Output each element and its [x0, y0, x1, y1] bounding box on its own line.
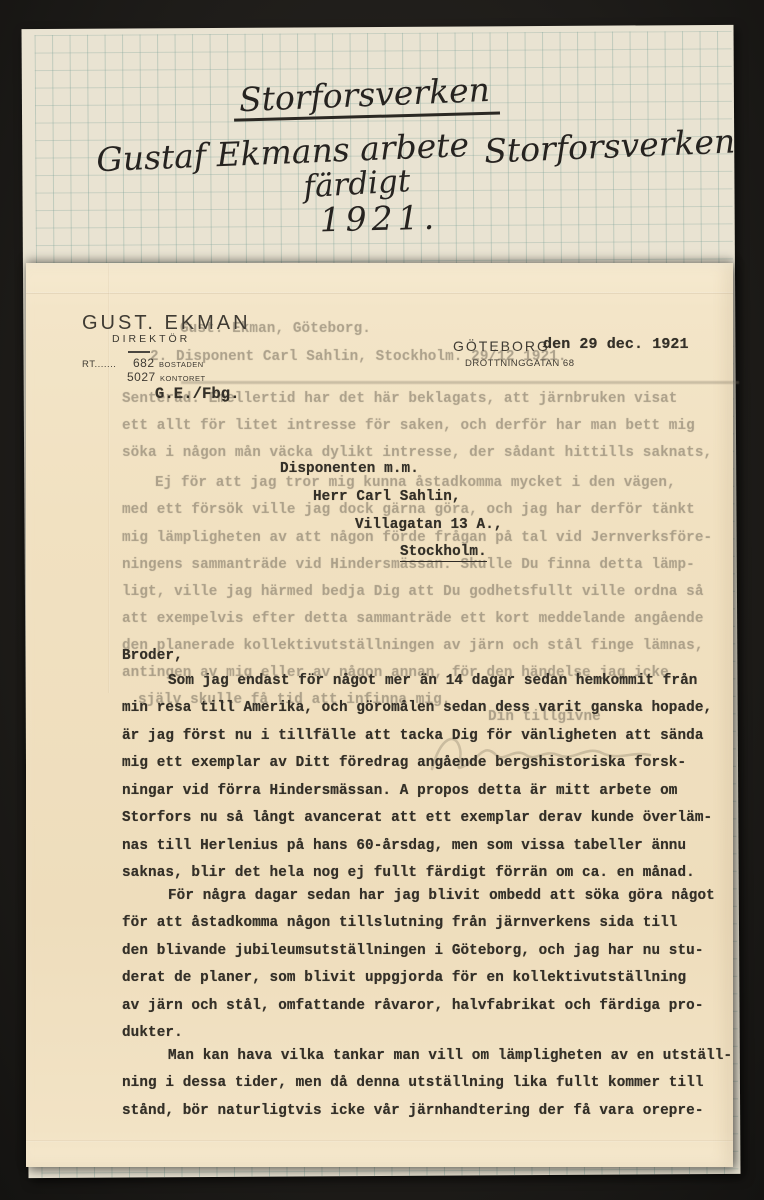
body-paragraph-3: Man kan hava vilka tankar man vill om lä… — [122, 1043, 732, 1125]
ghost-line: den planerade kollektivutställningen av … — [122, 638, 704, 654]
fold-crease-bottom — [26, 1140, 733, 1142]
letterhead-phone2: 5027 — [127, 370, 156, 384]
recipient-line: Stockholm. — [400, 544, 487, 560]
recipient-line: Villagatan 13 A., — [355, 517, 503, 533]
letterhead-city: GÖTEBORG — [453, 338, 550, 354]
letterhead-phone2-label: KONTORET — [160, 374, 206, 383]
letter-date: den 29 dec. 1921 — [543, 336, 689, 353]
body-paragraph-1: Som jag endast för något mer än 14 dagar… — [122, 668, 712, 888]
letterhead-rule — [128, 351, 150, 353]
ghost-line: ett allt för litet intresse för saken, o… — [122, 418, 695, 434]
letterhead-role: DIREKTÖR — [112, 333, 190, 345]
fold-crease-top — [26, 292, 733, 294]
letterhead-phone-prefix: RT....... — [82, 359, 116, 370]
letterhead-street: DROTTNINGGATAN 68 — [465, 358, 575, 369]
ghost-line: att exempelvis efter detta sammanträde e… — [122, 611, 704, 627]
body-paragraph-2: För några dagar sedan har jag blivit omb… — [122, 883, 715, 1048]
ghost-line: ligt, ville jag härmed bedja Dig att Du … — [122, 584, 704, 600]
recipient-city: Stockholm. — [400, 544, 487, 562]
card-year: 1921. — [319, 198, 439, 240]
ghost-line: söka i någon mån väcka dylikt intresse, … — [122, 445, 712, 461]
letterhead-phone1: 682 — [133, 356, 155, 370]
salutation: Broder, — [122, 648, 183, 664]
letter-page: Gust. Ekman, Göteborg. 2. Disponent Carl… — [26, 263, 733, 1167]
reference-mark: G.E./Fbg. — [155, 385, 240, 403]
letterhead-name: GUST. EKMAN — [82, 312, 251, 335]
letterhead-phone1-label: BOSTADEN — [159, 360, 204, 369]
ghost-underline — [181, 381, 739, 384]
recipient-line: Herr Carl Sahlin, — [313, 489, 461, 505]
recipient-line: Disponenten m.m. — [280, 461, 419, 477]
